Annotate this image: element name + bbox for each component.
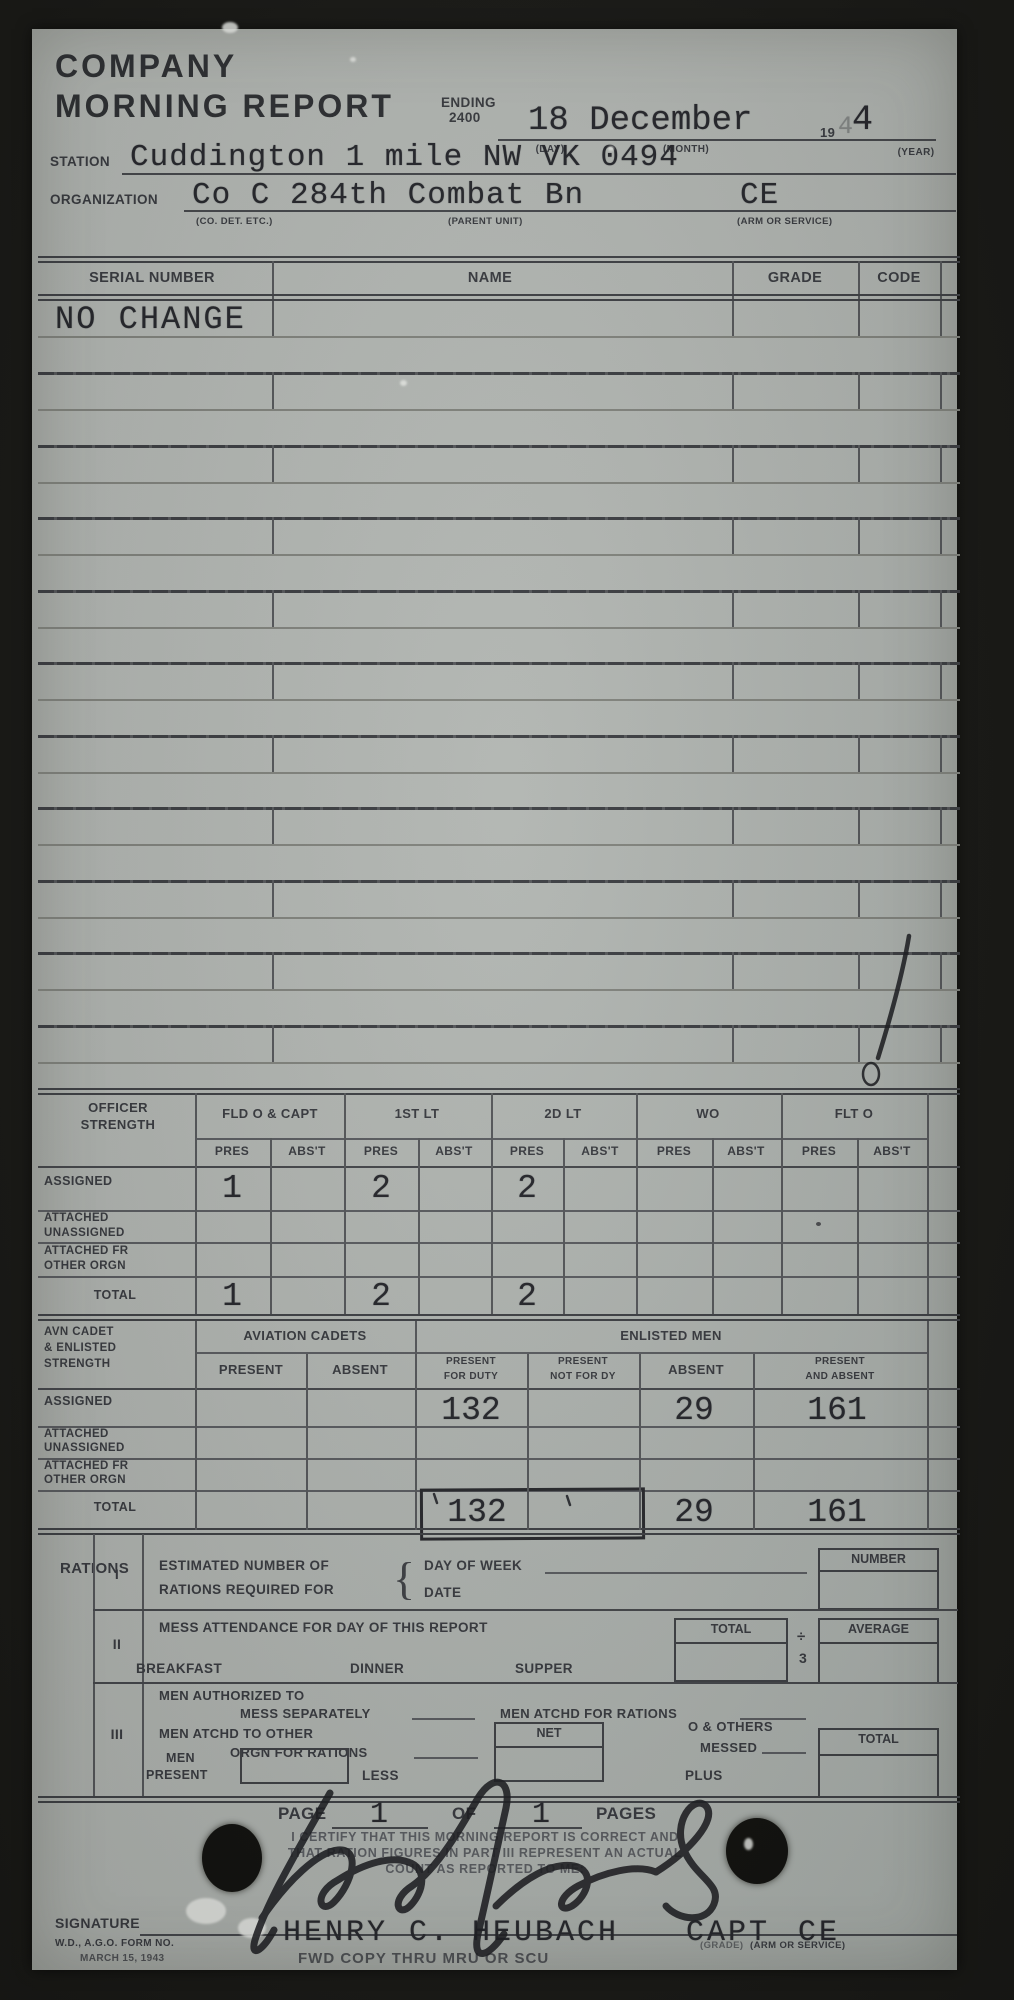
enlisted-row-assigned: ASSIGNED [44, 1394, 113, 1408]
enlisted-assigned-pfd: 132 [441, 1392, 500, 1429]
rule [38, 409, 960, 411]
rule [93, 1609, 958, 1611]
officer-assigned-1lt-pres: 2 [371, 1170, 391, 1207]
rule [38, 1314, 960, 1321]
officer-group-flt-o: FLT O [835, 1106, 874, 1121]
officer-total-1lt-pres: 2 [371, 1278, 391, 1315]
rule [270, 1138, 272, 1314]
rule [940, 1025, 942, 1062]
rule [272, 590, 274, 627]
co-det-sublabel: (CO. DET. ETC.) [196, 216, 273, 227]
rule [38, 627, 960, 629]
rule [412, 1718, 475, 1720]
rule [712, 1138, 714, 1314]
year-value: 4 [852, 100, 873, 140]
dinner-label: DINNER [350, 1661, 404, 1676]
rule [38, 1025, 960, 1028]
rule [38, 662, 960, 665]
rule [858, 590, 860, 627]
breakfast-label: BREAKFAST [136, 1661, 222, 1676]
officer-total-fld-pres: 1 [222, 1278, 242, 1315]
rations-numeral-1: I [115, 1566, 119, 1582]
rule [272, 445, 274, 482]
rule [38, 1528, 960, 1535]
arm-or-service-sublabel-footer: (ARM OR SERVICE) [750, 1940, 845, 1951]
rule [38, 1388, 960, 1390]
cadets-absent-header: ABSENT [332, 1362, 388, 1377]
officer-row-attached-fr1: ATTACHED FR [44, 1245, 128, 1257]
scanned-morning-report: COMPANY MORNING REPORT ENDING 2400 18 De… [0, 0, 1014, 2000]
rule [38, 554, 960, 556]
rule [927, 1321, 929, 1530]
rule [122, 173, 956, 175]
cadets-present-header: PRESENT [219, 1362, 283, 1377]
rule [940, 807, 942, 844]
rule [639, 1354, 641, 1530]
rule [272, 372, 274, 409]
mess-total-box-label: TOTAL [676, 1622, 786, 1636]
rations-side-label: RATIONS [60, 1552, 80, 1586]
authorized-line2: MESS SEPARATELY [240, 1706, 371, 1721]
rule [272, 807, 274, 844]
rule [732, 807, 734, 844]
report-date-value: 18 December [528, 102, 752, 140]
rule [344, 1093, 346, 1314]
rule [38, 1210, 960, 1212]
average-box-label: AVERAGE [820, 1622, 937, 1636]
page-number: 1 [370, 1798, 388, 1832]
rule [527, 1354, 529, 1530]
rule [272, 662, 274, 699]
abst-header: ABS'T [873, 1144, 911, 1158]
stray-pen-dot [816, 1222, 821, 1226]
roster-col-code: CODE [877, 270, 921, 286]
rule [732, 735, 734, 772]
station-label: STATION [50, 154, 110, 169]
enlisted-total-pa: 161 [807, 1494, 866, 1531]
men-present-box [240, 1748, 349, 1784]
rule [38, 590, 960, 593]
roster-col-grade: GRADE [768, 270, 822, 286]
enlisted-row-attached-fr2: OTHER ORGN [44, 1474, 126, 1486]
rule [38, 772, 960, 774]
rations-total-box: TOTAL [818, 1728, 939, 1798]
rule [563, 1138, 565, 1314]
rule [195, 1321, 197, 1530]
year-faint-digit: 4 [838, 112, 853, 141]
o-and-others-label: O & OTHERS [688, 1719, 773, 1734]
rule [732, 517, 734, 554]
rule [38, 336, 960, 338]
officer-group-fld-capt: FLD O & CAPT [222, 1106, 318, 1121]
rule [732, 662, 734, 699]
rule [38, 445, 960, 448]
rule [38, 989, 960, 991]
punch-hole-left [202, 1824, 262, 1892]
officer-group-2d-lt: 2D LT [544, 1106, 581, 1121]
punch-hole-right [726, 1818, 788, 1884]
officer-assigned-fld-pres: 1 [222, 1170, 242, 1207]
enlisted-total-absent: 29 [674, 1494, 714, 1531]
rule [38, 735, 960, 738]
rule [272, 880, 274, 917]
abst-header: ABS'T [581, 1144, 619, 1158]
rule [272, 952, 274, 989]
messed-label: MESSED [700, 1740, 757, 1755]
pa-header2: AND ABSENT [805, 1371, 874, 1382]
certify-line1: I CERTIFY THAT THIS MORNING REPORT IS CO… [291, 1830, 679, 1844]
arm-service-value: CE [740, 178, 779, 213]
arm-or-service-sublabel: (ARM OR SERVICE) [737, 216, 832, 227]
form-date-line: MARCH 15, 1943 [80, 1953, 165, 1964]
rule [38, 256, 960, 263]
officer-row-attached2: UNASSIGNED [44, 1227, 125, 1239]
page-label: PAGE [278, 1804, 327, 1824]
rule [272, 1025, 274, 1062]
rule [38, 1088, 960, 1095]
pfd-header1: PRESENT [446, 1356, 496, 1367]
rations-total-box-label: TOTAL [820, 1732, 937, 1746]
rule [858, 662, 860, 699]
rule [38, 482, 960, 484]
pnfd-header2: NOT FOR DY [550, 1371, 616, 1382]
enlisted-assigned-absent: 29 [674, 1392, 714, 1429]
rule [940, 517, 942, 554]
forward-note: FWD COPY THRU MRU OR SCU [298, 1950, 549, 1967]
pres-header: PRES [510, 1144, 544, 1158]
plus-label: PLUS [685, 1768, 723, 1783]
form-title-line2: MORNING REPORT [55, 88, 394, 125]
officer-assigned-2lt-pres: 2 [517, 1170, 537, 1207]
enlisted-assigned-pa: 161 [807, 1392, 866, 1429]
officer-row-attached1: ATTACHED [44, 1212, 109, 1224]
rule [732, 880, 734, 917]
pres-header: PRES [364, 1144, 398, 1158]
rule [858, 807, 860, 844]
pres-header: PRES [215, 1144, 249, 1158]
rule [940, 952, 942, 989]
rule [38, 844, 960, 846]
rule [732, 1025, 734, 1062]
rule [272, 517, 274, 554]
enlisted-label1: AVN CADET [44, 1326, 114, 1338]
rule [195, 1138, 927, 1140]
officer-row-attached-fr2: OTHER ORGN [44, 1260, 126, 1272]
pages-label: PAGES [596, 1804, 656, 1824]
rule [545, 1572, 807, 1574]
rule [38, 372, 960, 375]
officer-strength-label2: STRENGTH [81, 1117, 156, 1132]
rule [93, 1682, 958, 1684]
rule [38, 917, 960, 919]
rule [820, 1642, 937, 1644]
number-box: NUMBER [818, 1548, 939, 1610]
paper-speck [238, 1918, 266, 1938]
grade-sublabel: (GRADE) [700, 1940, 743, 1951]
rule [38, 1458, 960, 1460]
atchd-line1: MEN ATCHD TO OTHER [159, 1726, 313, 1741]
rule [38, 294, 960, 301]
rule [93, 1534, 95, 1798]
organization-label: ORGANIZATION [50, 192, 158, 207]
rule [940, 445, 942, 482]
enlisted-row-total: TOTAL [94, 1500, 137, 1514]
rule [184, 210, 956, 212]
mess-total-box: TOTAL [674, 1618, 788, 1682]
average-box: AVERAGE [818, 1618, 939, 1684]
rule [732, 590, 734, 627]
enlisted-row-attached-fr1: ATTACHED FR [44, 1460, 128, 1472]
rule [858, 880, 860, 917]
ending-label: ENDING [441, 95, 496, 110]
paper-speck [744, 1838, 753, 1850]
organization-value: Co C 284th Combat Bn [192, 178, 584, 213]
parent-unit-sublabel: (PARENT UNIT) [448, 216, 523, 227]
rule [418, 1138, 420, 1314]
rule [38, 1276, 960, 1278]
pfd-header2: FOR DUTY [444, 1371, 498, 1382]
year-sublabel: (YEAR) [898, 147, 935, 158]
rule [940, 590, 942, 627]
men-absent-header: ABSENT [668, 1362, 724, 1377]
officer-strength-label1: OFFICER [88, 1100, 148, 1115]
date-label: DATE [424, 1585, 461, 1600]
rule [195, 1093, 197, 1314]
rule [38, 1426, 960, 1428]
pnfd-header1: PRESENT [558, 1356, 608, 1367]
pages-total: 1 [532, 1798, 550, 1832]
rule [496, 1746, 602, 1748]
rule [676, 1642, 786, 1644]
rule [38, 807, 960, 810]
supper-label: SUPPER [515, 1661, 573, 1676]
rations-est-line1: ESTIMATED NUMBER OF [159, 1558, 329, 1573]
rule [927, 1093, 929, 1314]
net-box-label: NET [496, 1726, 602, 1740]
rule [38, 1796, 960, 1803]
divide-sign: ÷ [797, 1628, 806, 1645]
abst-header: ABS'T [288, 1144, 326, 1158]
rule [195, 1352, 927, 1354]
authorized-line1: MEN AUTHORIZED TO [159, 1688, 304, 1703]
rule [781, 1093, 783, 1314]
rule [38, 699, 960, 701]
paper-speck [222, 22, 238, 33]
rule [858, 517, 860, 554]
rule [940, 372, 942, 409]
of-label: OF [452, 1804, 476, 1824]
paper-speck [350, 57, 356, 62]
roster-col-name: NAME [468, 270, 512, 286]
roster-col-serial: SERIAL NUMBER [89, 270, 215, 286]
rule [732, 372, 734, 409]
certify-line3: COUNT AS REPORTED TO ME: [385, 1862, 584, 1876]
certify-line2: THAT RATION FIGURES IN PART III REPRESEN… [288, 1846, 682, 1860]
rule [940, 735, 942, 772]
net-box: NET [494, 1722, 604, 1782]
rule [38, 517, 960, 520]
station-value: Cuddington 1 mile NW VK 0494 [130, 140, 679, 175]
rule [414, 1757, 478, 1759]
rule [820, 1570, 937, 1572]
rule [636, 1093, 638, 1314]
officer-group-wo: WO [696, 1106, 719, 1121]
rule [940, 880, 942, 917]
rule [306, 1354, 308, 1530]
rule [38, 1166, 960, 1168]
number-box-label: NUMBER [820, 1552, 937, 1566]
abst-header: ABS'T [727, 1144, 765, 1158]
rule [857, 1138, 859, 1314]
mess-attendance-title: MESS ATTENDANCE FOR DAY OF THIS REPORT [159, 1620, 488, 1635]
officer-group-1st-lt: 1ST LT [395, 1106, 440, 1121]
divide-by-3: 3 [799, 1650, 807, 1666]
roster-entry-no-change: NO CHANGE [55, 301, 246, 338]
rule [38, 1242, 960, 1244]
pa-header1: PRESENT [815, 1356, 865, 1367]
rule [732, 445, 734, 482]
rule [820, 1754, 937, 1756]
enlisted-row-attached1: ATTACHED [44, 1428, 109, 1440]
pres-header: PRES [657, 1144, 691, 1158]
form-number-line: W.D., A.G.O. FORM NO. [55, 1938, 174, 1949]
ending-2400-label: 2400 [449, 110, 481, 125]
rule [38, 880, 960, 883]
rule [940, 662, 942, 699]
officer-total-2lt-pres: 2 [517, 1278, 537, 1315]
rule [858, 445, 860, 482]
rule [38, 952, 960, 955]
rations-numeral-2: II [113, 1636, 122, 1652]
men-label: MEN [166, 1751, 195, 1765]
day-of-week-label: DAY OF WEEK [424, 1558, 522, 1573]
rule [753, 1354, 755, 1530]
present-label: PRESENT [146, 1768, 208, 1782]
enlisted-row-attached2: UNASSIGNED [44, 1442, 125, 1454]
enlisted-label3: STRENGTH [44, 1358, 110, 1370]
rule [858, 372, 860, 409]
paper-speck [608, 146, 614, 151]
rule [858, 952, 860, 989]
abst-header: ABS'T [435, 1144, 473, 1158]
form-title-line1: COMPANY [55, 48, 237, 85]
signature-label: SIGNATURE [55, 1915, 140, 1931]
atchd-for-rations-label: MEN ATCHD FOR RATIONS [500, 1706, 677, 1721]
enlisted-label2: & ENLISTED [44, 1342, 116, 1354]
rule [858, 735, 860, 772]
less-label: LESS [362, 1768, 399, 1783]
pres-header: PRES [802, 1144, 836, 1158]
rule [38, 1062, 960, 1064]
signed-name-typed: HENRY C. HEUBACH [283, 1916, 619, 1950]
officer-row-total: TOTAL [94, 1288, 137, 1302]
rule [491, 1093, 493, 1314]
rule [762, 1752, 806, 1754]
group-enlisted-men: ENLISTED MEN [620, 1328, 722, 1343]
year-printed: 19 [820, 125, 835, 140]
rations-numeral-3: III [111, 1726, 124, 1742]
officer-row-assigned: ASSIGNED [44, 1174, 113, 1188]
paper-speck [400, 380, 407, 386]
rule [272, 735, 274, 772]
rations-est-line2: RATIONS REQUIRED FOR [159, 1582, 334, 1597]
paper-speck [186, 1898, 226, 1924]
rule [858, 1025, 860, 1062]
brace-glyph: { [393, 1552, 415, 1605]
group-aviation-cadets: AVIATION CADETS [243, 1328, 366, 1343]
rule [732, 952, 734, 989]
rule [415, 1321, 417, 1530]
